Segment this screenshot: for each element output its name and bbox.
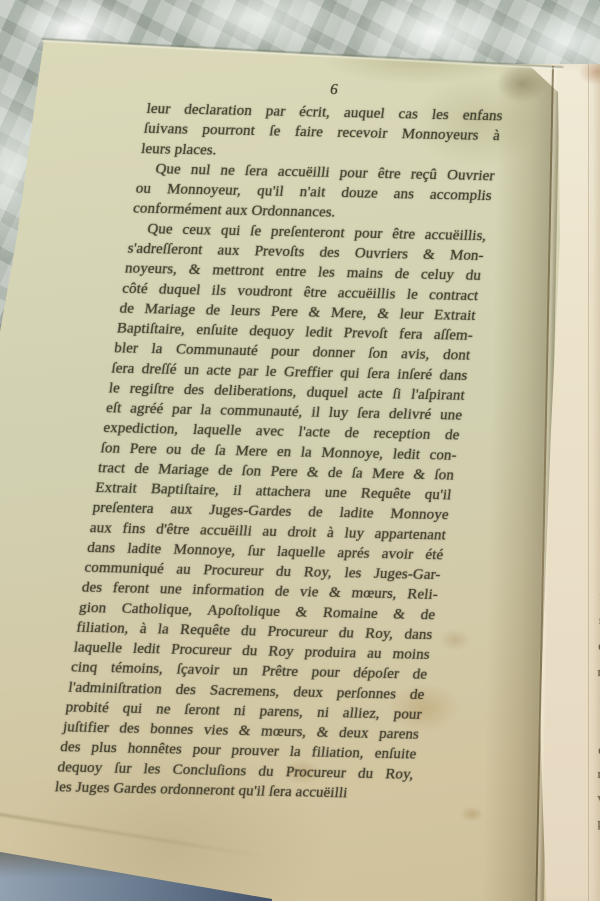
page-crease xyxy=(0,812,271,859)
book-page: 6 leur declaration par écrit, auquel cas… xyxy=(0,0,600,901)
book-photo: rsenrtenvpf 6 leur declaration par écrit… xyxy=(0,0,600,901)
body-text: leur declaration par écrit, auquel cas l… xyxy=(54,99,504,805)
page-number: 6 xyxy=(322,82,346,99)
